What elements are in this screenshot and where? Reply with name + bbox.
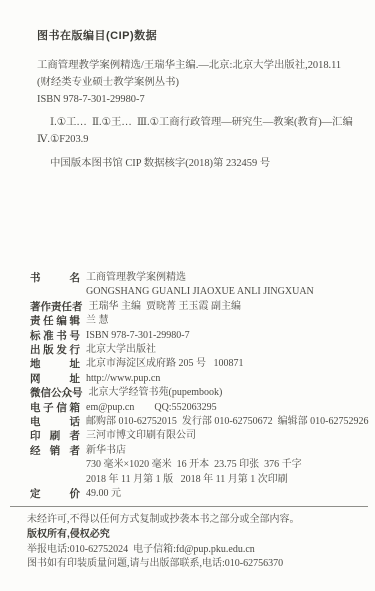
colophon-row-label <box>30 458 80 472</box>
cip-class-line-1: Ⅰ.①工… Ⅱ.①王… Ⅲ.①工商行政管理—研究生—教案(教育)—汇编 <box>37 115 367 132</box>
colophon-row-value: ISBN 978-7-301-29980-7 <box>86 329 190 343</box>
notice-quality-line: 图书如有印装质量问题,请与出版部联系,电话:010-62756370 <box>27 557 367 572</box>
colophon-row-publisher: 出版发行 北京大学出版社 <box>30 343 375 357</box>
colophon-row-value: 北京市海淀区成府路 205 号 100871 <box>86 357 244 371</box>
colophon-row-authors: 著作责任者 王瑞华 主编 贾晓菁 王玉霞 副主编 <box>30 300 375 314</box>
cip-isbn-line: ISBN 978-7-301-29980-7 <box>37 92 367 109</box>
colophon-row-value: 王瑞华 主编 贾晓菁 王玉霞 副主编 <box>89 300 242 314</box>
colophon-row-value: 工商管理教学案例精选 <box>86 271 186 285</box>
colophon-row-isbn: 标准书号 ISBN 978-7-301-29980-7 <box>30 329 375 343</box>
cip-class-line-2: Ⅳ.①F203.9 <box>37 132 367 149</box>
copyright-notice: 未经许可,不得以任何方式复制或抄袭本书之部分或全部内容。 版权所有,侵权必究 举… <box>27 513 367 572</box>
cip-book-line: 工商管理教学案例精选/王瑞华主编.—北京:北京大学出版社,2018.11 <box>37 58 367 75</box>
colophon-row-label: 微信公众号 <box>30 386 83 400</box>
colophon-row-value: 北京大学出版社 <box>86 343 156 357</box>
colophon-row-phone: 电话 邮购部 010-62752015 发行部 010-62750672 编辑部… <box>30 415 375 429</box>
cip-section: 图书在版编目(CIP)数据 工商管理教学案例精选/王瑞华主编.—北京:北京大学出… <box>37 27 367 173</box>
colophon-row-email: 电子信箱 em@pup.cn QQ:552063295 <box>30 401 375 415</box>
colophon-row-label: 电子信箱 <box>30 401 80 415</box>
colophon-row-label: 著作责任者 <box>30 300 83 314</box>
colophon-row-book-title: 书名 工商管理教学案例精选 <box>30 271 375 285</box>
cip-registry-line: 中国版本图书馆 CIP 数据核字(2018)第 232459 号 <box>37 156 367 173</box>
colophon-row-wechat: 微信公众号 北京大学经管书苑(pupembook) <box>30 386 375 400</box>
colophon-row-label <box>30 473 80 487</box>
book-copyright-page: 图书在版编目(CIP)数据 工商管理教学案例精选/王瑞华主编.—北京:北京大学出… <box>0 0 375 591</box>
divider-line <box>10 506 368 507</box>
colophon-row-label: 出版发行 <box>30 343 80 357</box>
colophon-row-value: em@pup.cn QQ:552063295 <box>86 401 217 415</box>
notice-no-copy-line: 未经许可,不得以任何方式复制或抄袭本书之部分或全部内容。 <box>27 513 367 528</box>
colophon-row-price: 定价 49.00 元 <box>30 487 375 501</box>
colophon-row-value: 2018 年 11 月第 1 版 2018 年 11 月第 1 次印刷 <box>86 473 288 487</box>
colophon-row-label: 网址 <box>30 372 80 386</box>
colophon-row-label: 印刷者 <box>30 429 80 443</box>
colophon-row-value: GONGSHANG GUANLI JIAOXUE ANLI JINGXUAN <box>86 285 314 299</box>
colophon-row-address: 地址 北京市海淀区成府路 205 号 100871 <box>30 357 375 371</box>
colophon-row-distributor: 经销者 新华书店 <box>30 444 375 458</box>
colophon-row-label: 电话 <box>30 415 80 429</box>
colophon-row-value: 49.00 元 <box>86 487 121 501</box>
colophon-row-label: 经销者 <box>30 444 80 458</box>
notice-rights-line: 版权所有,侵权必究 <box>27 528 367 543</box>
colophon-row-value: 三河市博文印刷有限公司 <box>86 429 196 443</box>
colophon-row-label: 定价 <box>30 487 80 501</box>
colophon-row-value: 730 毫米×1020 毫米 16 开本 23.75 印张 376 千字 <box>86 458 302 472</box>
colophon-row-label: 书名 <box>30 271 80 285</box>
colophon-row-editor: 责任编辑 兰 慧 <box>30 314 375 328</box>
colophon-row-pinyin: GONGSHANG GUANLI JIAOXUE ANLI JINGXUAN <box>30 285 375 299</box>
colophon-row-value: 北京大学经管书苑(pupembook) <box>89 386 223 400</box>
colophon-row-label <box>30 285 80 299</box>
cip-series-line: (财经类专业硕士教学案例丛书) <box>37 75 367 92</box>
colophon-row-value: 邮购部 010-62752015 发行部 010-62750672 编辑部 01… <box>86 415 369 429</box>
cip-heading: 图书在版编目(CIP)数据 <box>37 27 367 43</box>
colophon-row-edition: 2018 年 11 月第 1 版 2018 年 11 月第 1 次印刷 <box>30 473 375 487</box>
notice-report-line: 举报电话:010-62752024 电子信箱:fd@pup.pku.edu.cn <box>27 543 367 558</box>
colophon-row-value: 兰 慧 <box>86 314 109 328</box>
colophon-row-printer: 印刷者 三河市博文印刷有限公司 <box>30 429 375 443</box>
colophon-row-label: 地址 <box>30 357 80 371</box>
colophon-row-label: 标准书号 <box>30 329 80 343</box>
colophon-row-value: http://www.pup.cn <box>86 372 160 386</box>
colophon-row-value: 新华书店 <box>86 444 126 458</box>
colophon-row-website: 网址 http://www.pup.cn <box>30 372 375 386</box>
colophon-row-label: 责任编辑 <box>30 314 80 328</box>
colophon-row-format: 730 毫米×1020 毫米 16 开本 23.75 印张 376 千字 <box>30 458 375 472</box>
colophon-table: 书名 工商管理教学案例精选 GONGSHANG GUANLI JIAOXUE A… <box>30 271 375 502</box>
